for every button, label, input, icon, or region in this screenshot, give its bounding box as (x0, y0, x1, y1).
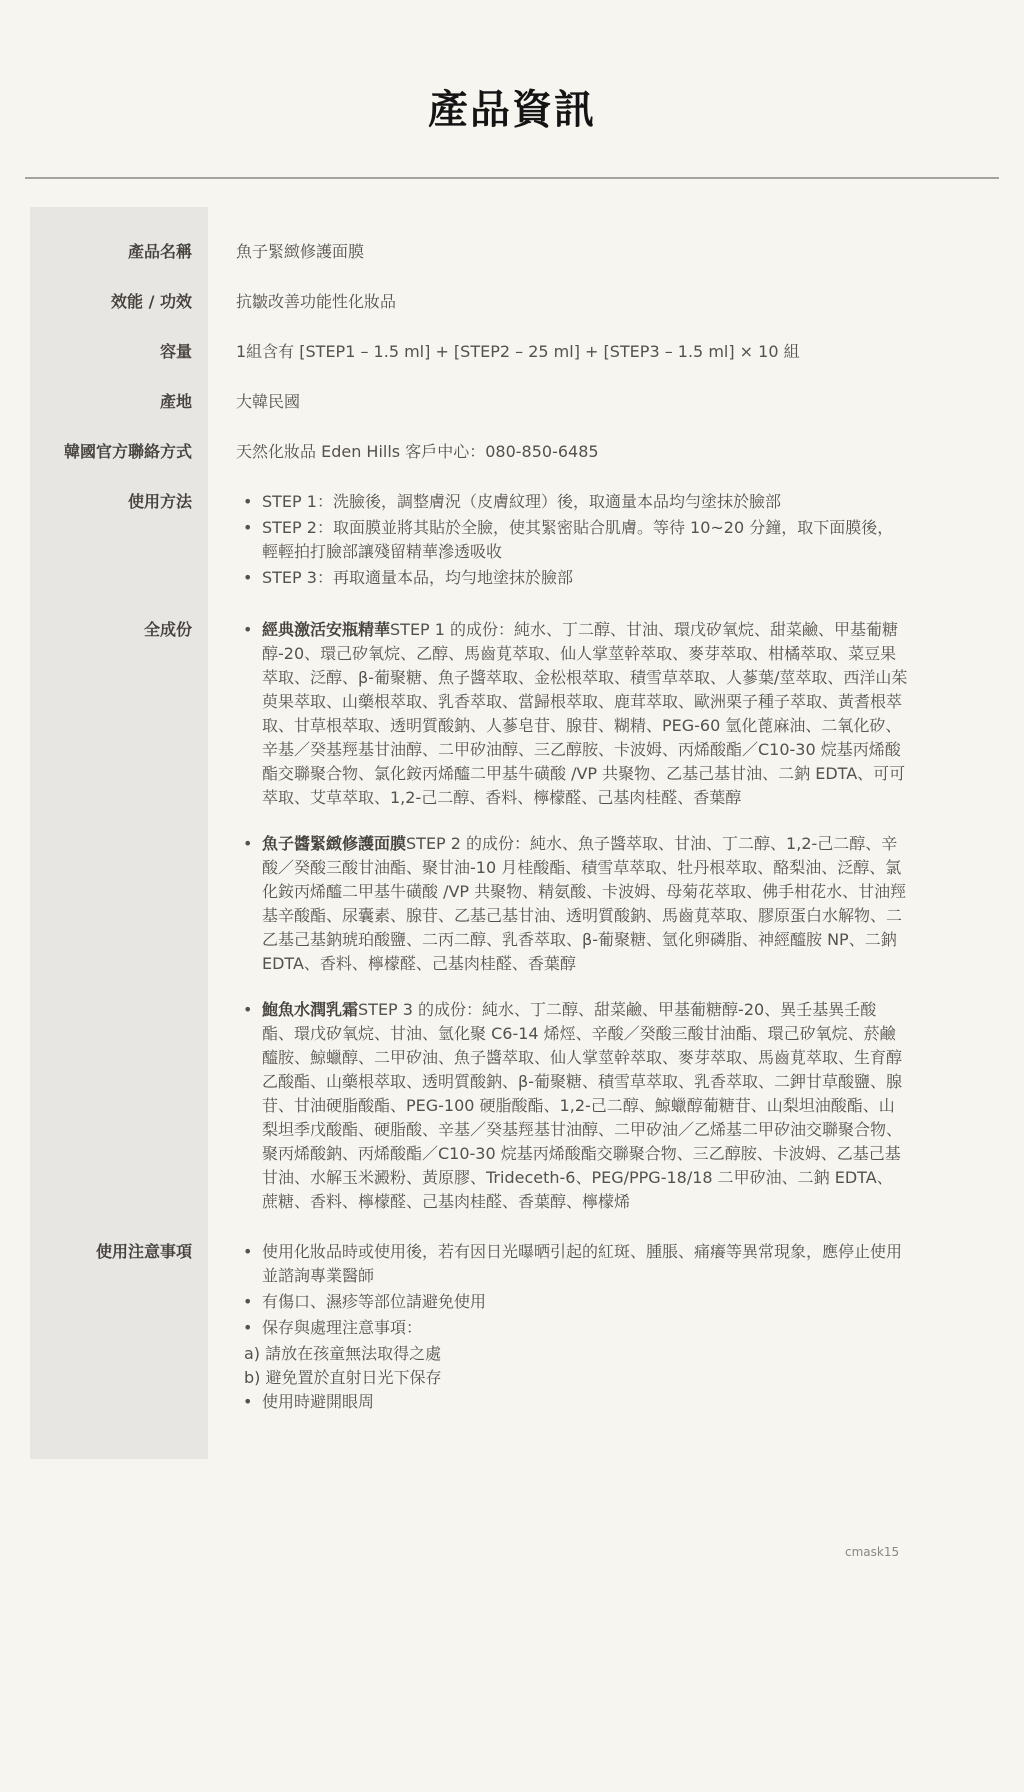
product-info-page: 產品資訊 產品名稱 魚子緊緻修護面膜 效能 / 功效 抗皺改善功能性化妝品 容量… (0, 0, 1024, 1792)
ingredients-step3-text: STEP 3 的成份：純水、丁二醇、甜菜鹼、甲基葡糖醇-20、異壬基異壬酸酯、環… (262, 1000, 902, 1211)
ingredients-step1: 經典激活安瓶精華STEP 1 的成份：純水、丁二醇、甘油、環戊矽氧烷、甜菜鹼、甲… (236, 618, 908, 810)
ingredients-step1-text: STEP 1 的成份：純水、丁二醇、甘油、環戊矽氧烷、甜菜鹼、甲基葡糖醇-20、… (262, 620, 907, 807)
ingredients-step3-name: 鮑魚水潤乳霜 (262, 1000, 358, 1019)
ingredients-step2: 魚子醬緊緻修護面膜STEP 2 的成份：純水、魚子醬萃取、甘油、丁二醇、1,2-… (236, 832, 908, 976)
usage-step: STEP 1：洗臉後，調整膚況（皮膚紋理）後，取適量本品均勻塗抹於臉部 (236, 490, 908, 514)
row-value-usage: STEP 1：洗臉後，調整膚況（皮膚紋理）後，取適量本品均勻塗抹於臉部 STEP… (208, 477, 908, 605)
usage-step: STEP 3：再取適量本品，均勻地塗抹於臉部 (236, 566, 908, 590)
ingredients-list: 經典激活安瓶精華STEP 1 的成份：純水、丁二醇、甘油、環戊矽氧烷、甜菜鹼、甲… (236, 618, 908, 1214)
row-label-product-name: 產品名稱 (30, 227, 208, 277)
caution-item: 有傷口、濕疹等部位請避免使用 (236, 1290, 908, 1314)
caution-item: 使用時避開眼周 (236, 1390, 908, 1414)
cautions-list-end: 使用時避開眼周 (236, 1390, 908, 1414)
cautions-list: 使用化妝品時或使用後，若有因日光曝晒引起的紅斑、腫脹、痛癢等異常現象，應停止使用… (236, 1240, 908, 1340)
row-value-volume: 1組含有 [STEP1 – 1.5 ml] + [STEP2 – 25 ml] … (208, 327, 908, 377)
ingredients-step2-text: STEP 2 的成份：純水、魚子醬萃取、甘油、丁二醇、1,2-己二醇、辛酸／癸酸… (262, 834, 906, 973)
row-label-origin: 產地 (30, 377, 208, 427)
product-info-table: 產品名稱 魚子緊緻修護面膜 效能 / 功效 抗皺改善功能性化妝品 容量 1組含有… (30, 207, 999, 1459)
caution-item: 使用化妝品時或使用後，若有因日光曝晒引起的紅斑、腫脹、痛癢等異常現象，應停止使用… (236, 1240, 908, 1288)
usage-steps-list: STEP 1：洗臉後，調整膚況（皮膚紋理）後，取適量本品均勻塗抹於臉部 STEP… (236, 490, 908, 590)
row-value-product-name: 魚子緊緻修護面膜 (208, 227, 908, 277)
ingredients-step3: 鮑魚水潤乳霜STEP 3 的成份：純水、丁二醇、甜菜鹼、甲基葡糖醇-20、異壬基… (236, 998, 908, 1214)
ingredients-step1-name: 經典激活安瓶精華 (262, 620, 390, 639)
usage-step: STEP 2：取面膜並將其貼於全臉，使其緊密貼合肌膚。等待 10~20 分鐘，取… (236, 516, 908, 564)
row-label-efficacy: 效能 / 功效 (30, 277, 208, 327)
row-label-contact: 韓國官方聯絡方式 (30, 427, 208, 477)
caution-sub-item-a: a) 請放在孩童無法取得之處 (236, 1342, 908, 1366)
ingredients-step2-name: 魚子醬緊緻修護面膜 (262, 834, 406, 853)
row-label-usage: 使用方法 (30, 477, 208, 605)
row-value-ingredients: 經典激活安瓶精華STEP 1 的成份：純水、丁二醇、甘油、環戊矽氧烷、甜菜鹼、甲… (208, 605, 908, 1227)
row-label-cautions: 使用注意事項 (30, 1227, 208, 1429)
watermark-label: cmask15 (845, 1545, 899, 1559)
title-divider (25, 177, 999, 179)
row-label-volume: 容量 (30, 327, 208, 377)
row-label-ingredients: 全成份 (30, 605, 208, 1227)
row-value-efficacy: 抗皺改善功能性化妝品 (208, 277, 908, 327)
caution-item: 保存與處理注意事項： (236, 1316, 908, 1340)
row-value-contact: 天然化妝品 Eden Hills 客戶中心：080-850-6485 (208, 427, 908, 477)
caution-sub-item-b: b) 避免置於直射日光下保存 (236, 1366, 908, 1390)
row-value-origin: 大韓民國 (208, 377, 908, 427)
row-value-cautions: 使用化妝品時或使用後，若有因日光曝晒引起的紅斑、腫脹、痛癢等異常現象，應停止使用… (208, 1227, 908, 1429)
page-title: 產品資訊 (0, 0, 1024, 135)
